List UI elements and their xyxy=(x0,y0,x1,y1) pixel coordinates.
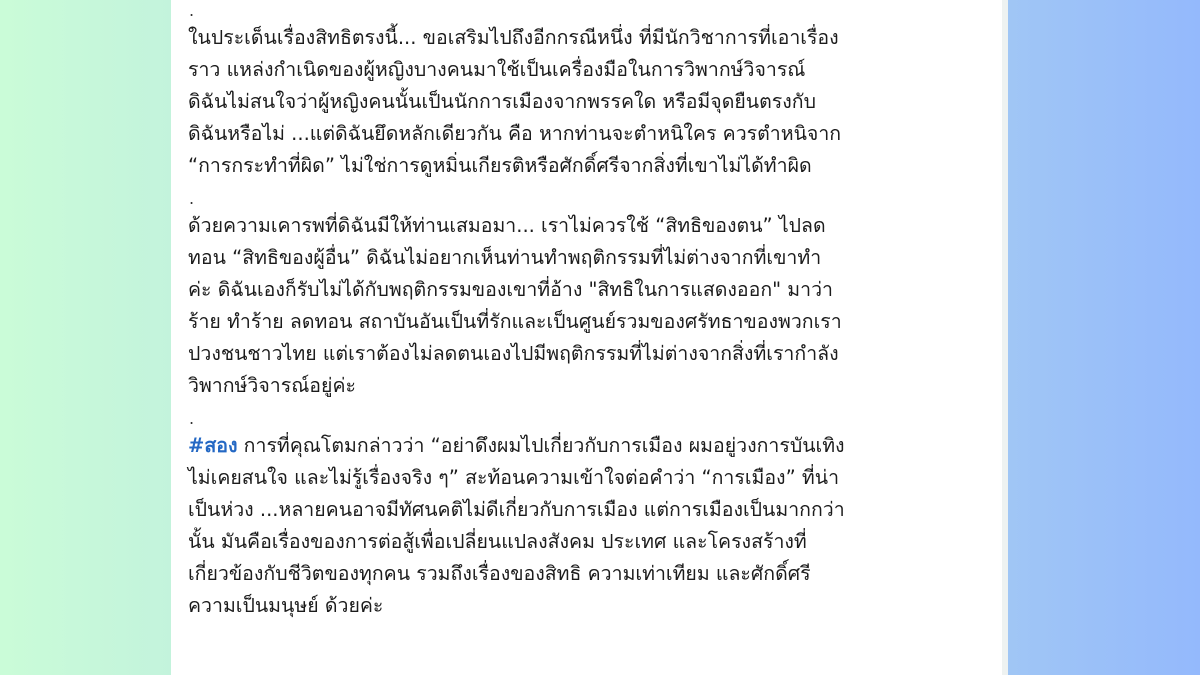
text-line: ด้วยความเคารพที่ดิฉันมีให้ท่านเสมอมา... … xyxy=(188,210,988,242)
paragraph-3: #สอง การที่คุณโตมกล่าวว่า “อย่าดึงผมไปเก… xyxy=(188,430,988,622)
paragraph-1: ในประเด็นเรื่องสิทธิตรงนี้... ขอเสริมไปถ… xyxy=(188,22,988,182)
text-line: #สอง การที่คุณโตมกล่าวว่า “อย่าดึงผมไปเก… xyxy=(188,430,988,462)
separator-dot: . xyxy=(188,408,988,430)
separator-dot: . xyxy=(188,0,988,22)
separator-dot: . xyxy=(188,188,988,210)
text-line: เป็นห่วง ...หลายคนอาจมีทัศนคติไม่ดีเกี่ย… xyxy=(188,494,988,526)
text-segment: การที่คุณโตมกล่าวว่า “อย่าดึงผมไปเกี่ยวก… xyxy=(237,434,844,457)
card-right-border xyxy=(1002,0,1008,675)
text-line: ดิฉันไม่สนใจว่าผู้หญิงคนนั้นเป็นนักการเม… xyxy=(188,86,988,118)
text-line: ความเป็นมนุษย์ ด้วยค่ะ xyxy=(188,590,988,622)
text-line: ปวงชนชาวไทย แต่เราต้องไม่ลดตนเองไปมีพฤติ… xyxy=(188,338,988,370)
text-line: นั้น มันคือเรื่องของการต่อสู้เพื่อเปลี่ย… xyxy=(188,526,988,558)
post-card: . ในประเด็นเรื่องสิทธิตรงนี้... ขอเสริมไ… xyxy=(171,0,1002,675)
paragraph-2: ด้วยความเคารพที่ดิฉันมีให้ท่านเสมอมา... … xyxy=(188,210,988,402)
post-body: . ในประเด็นเรื่องสิทธิตรงนี้... ขอเสริมไ… xyxy=(188,0,988,622)
text-line: ร้าย ทำร้าย ลดทอน สถาบันอันเป็นที่รักและ… xyxy=(188,306,988,338)
text-line: ดิฉันหรือไม่ ...แต่ดิฉันยึดหลักเดียวกัน … xyxy=(188,118,988,150)
background-right-panel xyxy=(1008,0,1200,675)
text-line: ในประเด็นเรื่องสิทธิตรงนี้... ขอเสริมไปถ… xyxy=(188,22,988,54)
hashtag-link[interactable]: #สอง xyxy=(188,434,237,457)
text-line: “การกระทำที่ผิด” ไม่ใช่การดูหมิ่นเกียรติ… xyxy=(188,150,988,182)
background-left-panel xyxy=(0,0,172,675)
text-line: วิพากษ์วิจารณ์อยู่ค่ะ xyxy=(188,370,988,402)
text-line: ค่ะ ดิฉันเองก็รับไม่ได้กับพฤติกรรมของเขา… xyxy=(188,274,988,306)
text-line: ไม่เคยสนใจ และไม่รู้เรื่องจริง ๆ” สะท้อน… xyxy=(188,462,988,494)
text-line: เกี่ยวข้องกับชีวิตของทุกคน รวมถึงเรื่องข… xyxy=(188,558,988,590)
text-line: ทอน “สิทธิของผู้อื่น” ดิฉันไม่อยากเห็นท่… xyxy=(188,242,988,274)
text-line: ราว แหล่งกำเนิดของผู้หญิงบางคนมาใช้เป็นเ… xyxy=(188,54,988,86)
